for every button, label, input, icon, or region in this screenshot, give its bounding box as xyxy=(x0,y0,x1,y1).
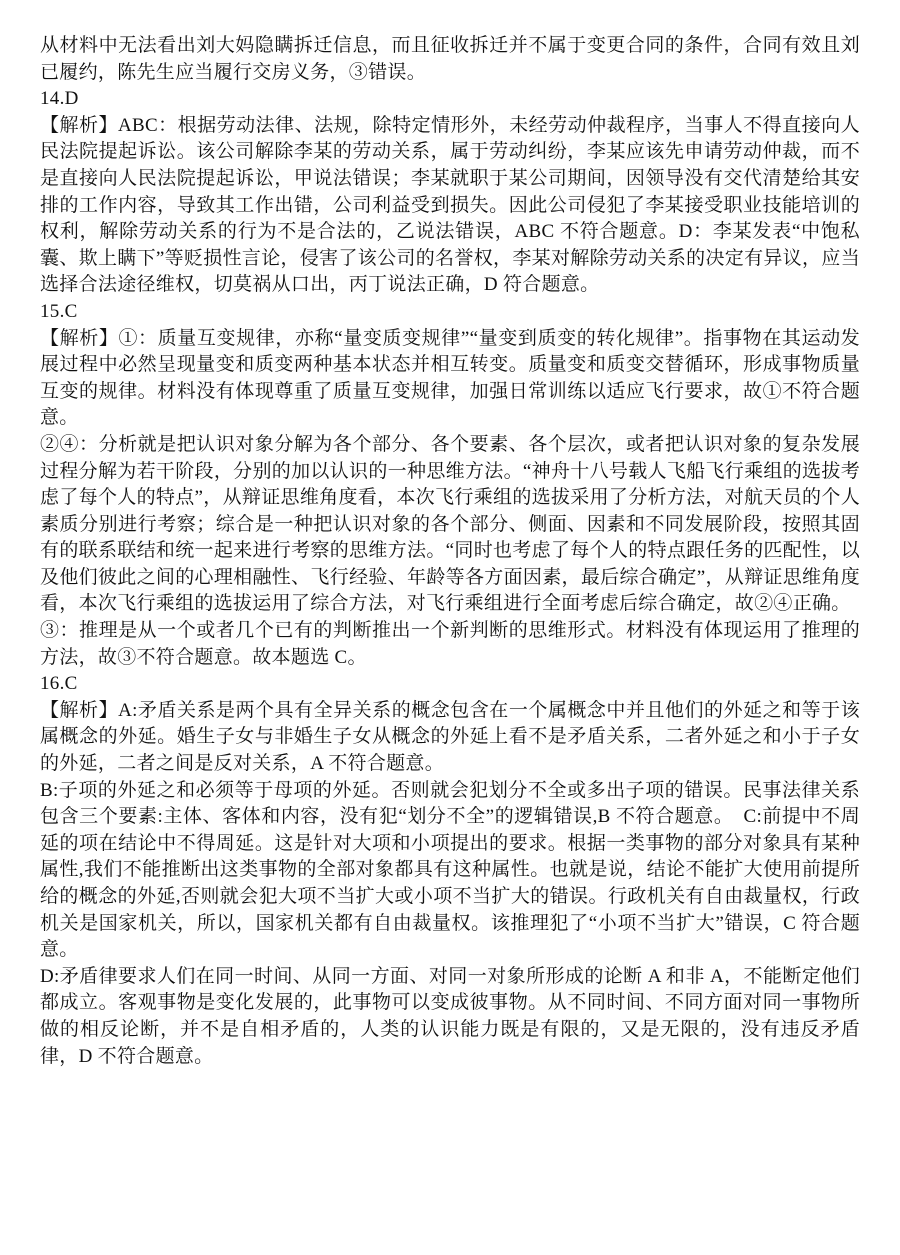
paragraph-analysis-14: 【解析】ABC：根据劳动法律、法规，除特定情形外，未经劳动仲裁程序，当事人不得直… xyxy=(40,113,860,299)
answer-heading-15: 15.C xyxy=(40,299,860,326)
paragraph-analysis-15-point1: 【解析】①：质量互变规律，亦称“量变质变规律”“量变到质变的转化规律”。指事物在… xyxy=(40,326,860,432)
answer-explanations-document: 从材料中无法看出刘大妈隐瞒拆迁信息，而且征收拆迁并不属于变更合同的条件，合同有效… xyxy=(40,33,860,1070)
answer-heading-16: 16.C xyxy=(40,671,860,698)
paragraph-analysis-16-b-c: B:子项的外延之和必须等于母项的外延。否则就会犯划分不全或多出子项的错误。民事法… xyxy=(40,778,860,964)
paragraph-analysis-15-point2-4: ②④：分析就是把认识对象分解为各个部分、各个要素、各个层次，或者把认识对象的复杂… xyxy=(40,432,860,618)
paragraph-analysis-16-d: D:矛盾律要求人们在同一时间、从同一方面、对同一对象所形成的论断 A 和非 A，… xyxy=(40,964,860,1070)
answer-heading-14: 14.D xyxy=(40,86,860,113)
document-page: 从材料中无法看出刘大妈隐瞒拆迁信息，而且征收拆迁并不属于变更合同的条件，合同有效… xyxy=(0,0,900,1255)
paragraph-analysis-15-point3: ③：推理是从一个或者几个已有的判断推出一个新判断的思维形式。材料没有体现运用了推… xyxy=(40,618,860,671)
paragraph-q13-continuation: 从材料中无法看出刘大妈隐瞒拆迁信息，而且征收拆迁并不属于变更合同的条件，合同有效… xyxy=(40,33,860,86)
paragraph-analysis-16-a: 【解析】A:矛盾关系是两个具有全异关系的概念包含在一个属概念中并且他们的外延之和… xyxy=(40,698,860,778)
